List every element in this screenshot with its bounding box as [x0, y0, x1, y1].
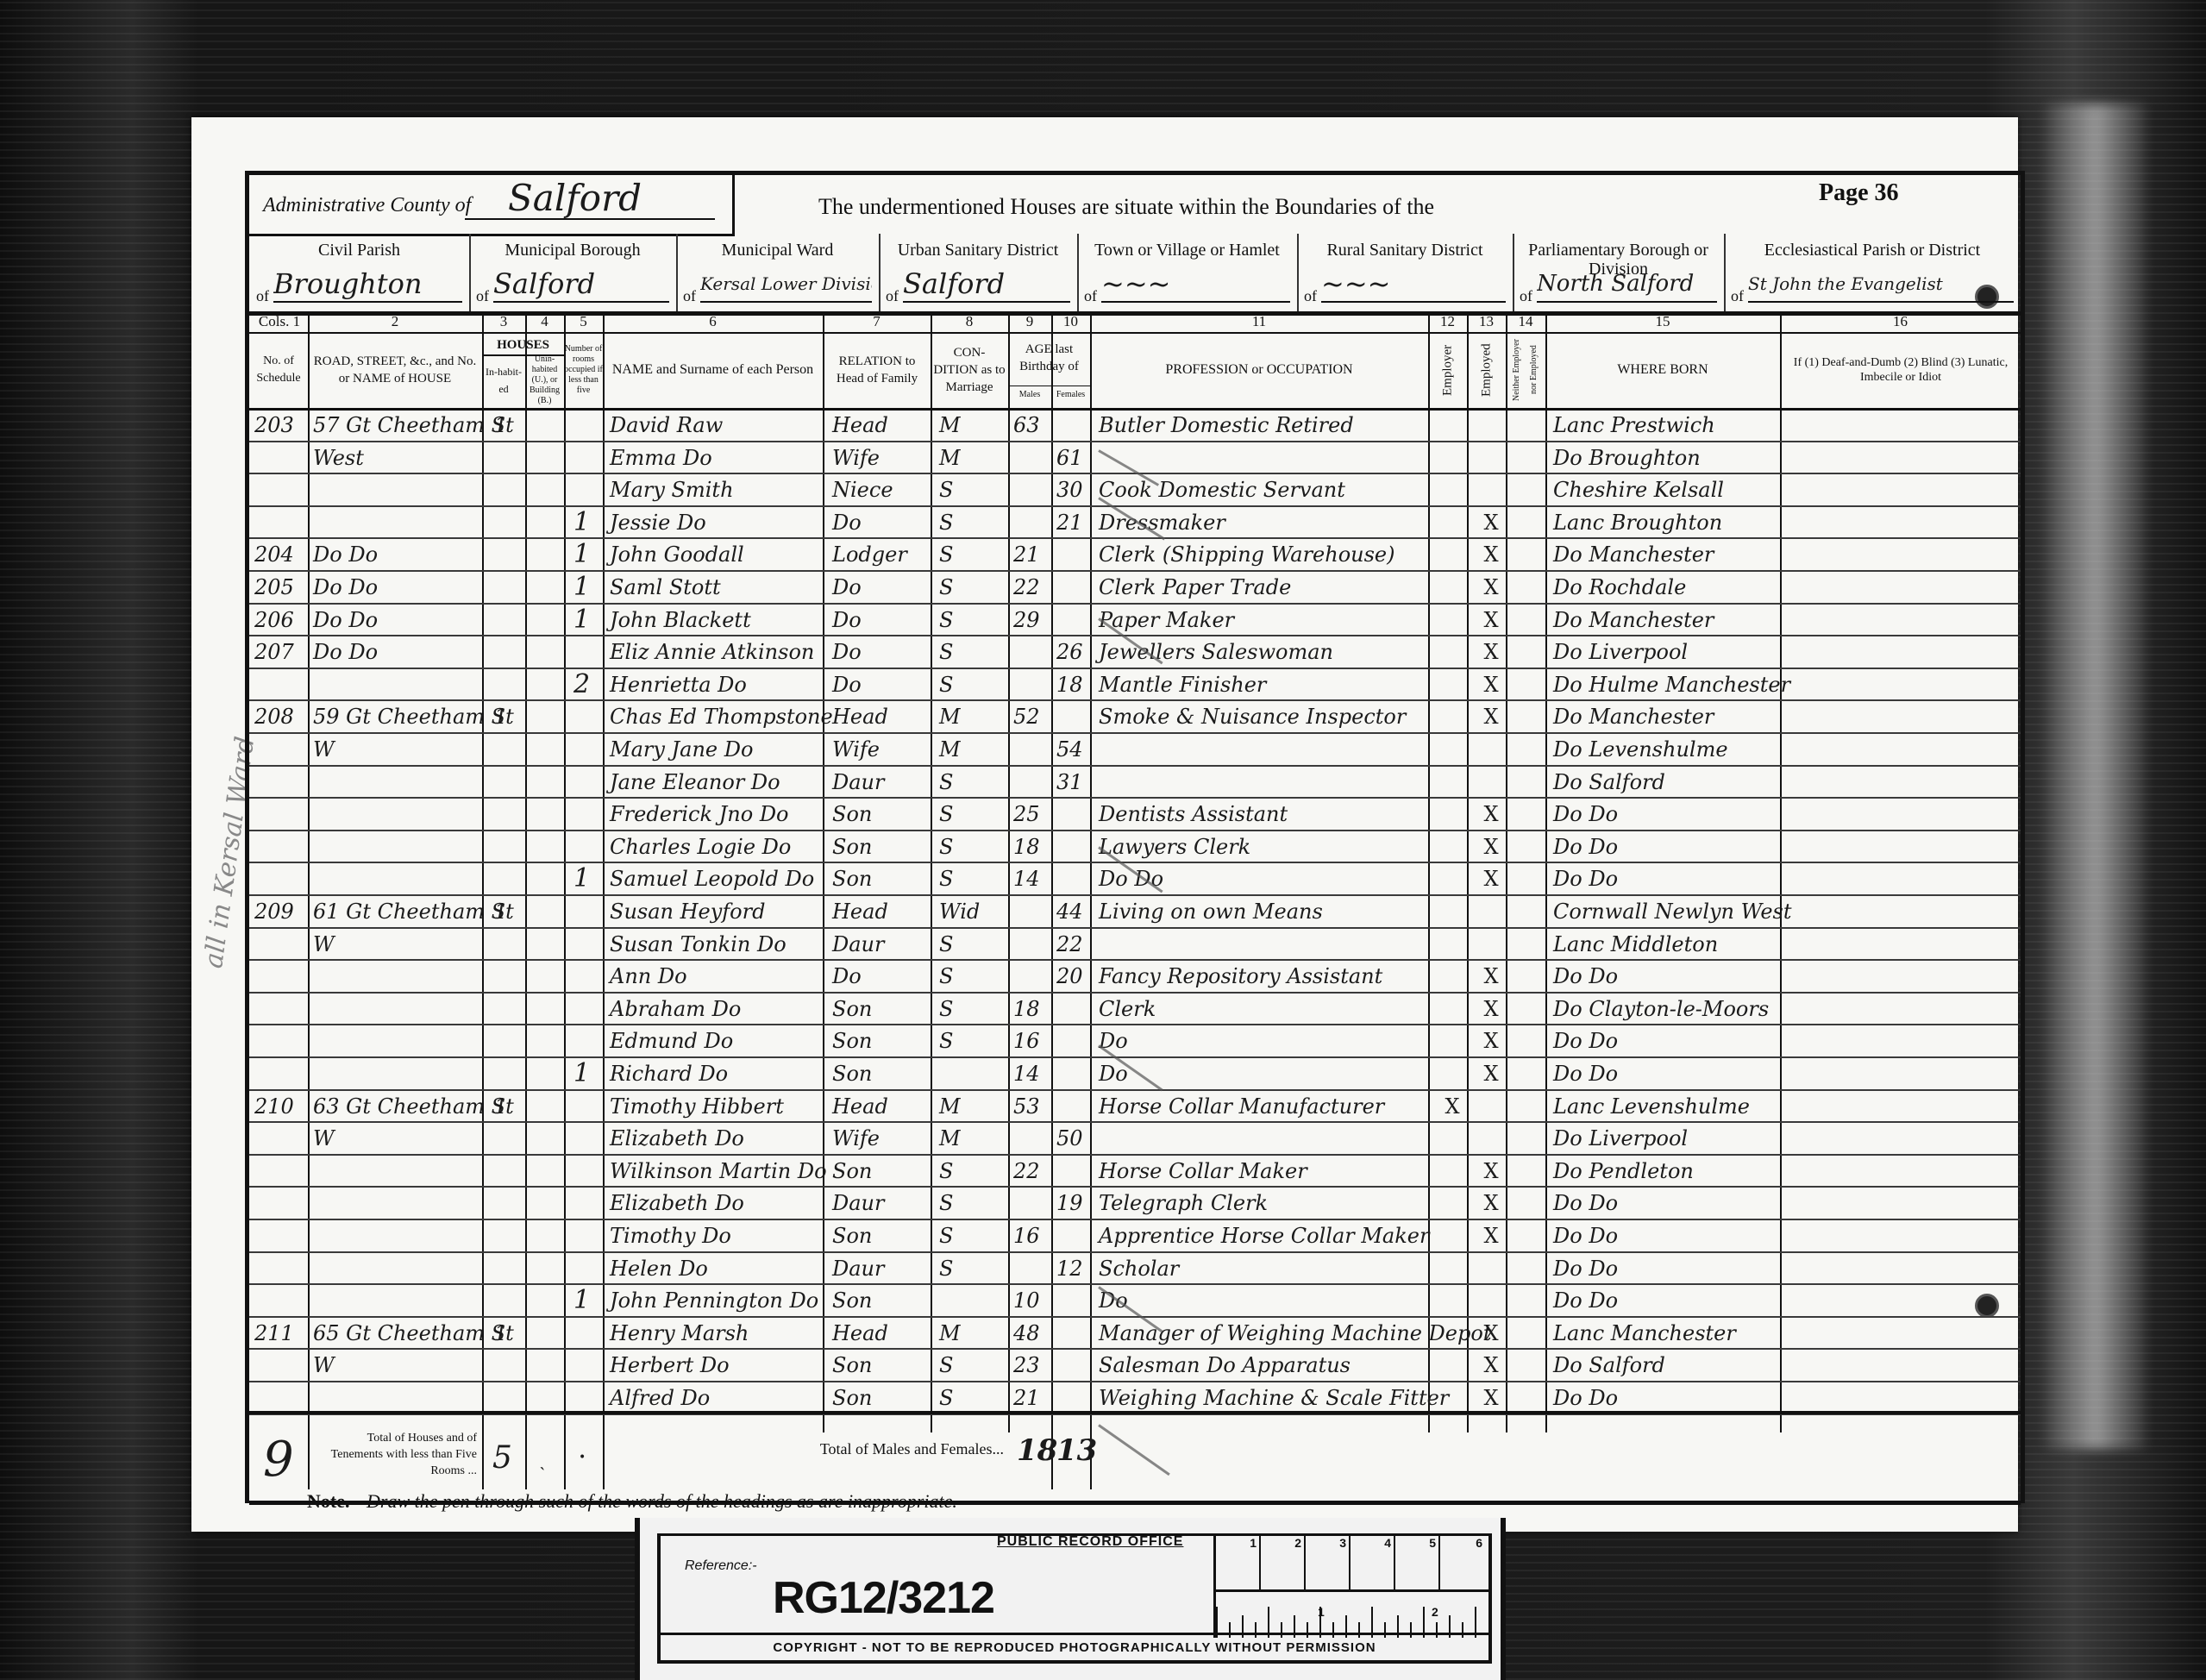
cell-name: Frederick Jno Do	[610, 797, 821, 830]
cell-employed: X	[1478, 635, 1504, 668]
cell-employer	[1439, 1283, 1465, 1316]
cell-age-male	[1013, 959, 1051, 992]
cell-age-male	[1013, 1251, 1051, 1284]
cell-schedule	[254, 992, 306, 1025]
cell-age-female	[1056, 830, 1089, 862]
area-title: Rural Sanitary District	[1297, 241, 1513, 260]
cell-relation: Son	[832, 862, 927, 894]
area-title: Municipal Ward	[676, 241, 879, 260]
cell-relation: Son	[832, 1348, 927, 1381]
cell-age-male	[1013, 441, 1051, 473]
cell-schedule	[254, 1219, 306, 1251]
cell-inhabited: 1	[494, 894, 525, 927]
cell-rooms	[573, 441, 603, 473]
cell-age-female	[1056, 699, 1089, 732]
area-ecclesiastical: Ecclesiastical Parish or District of St …	[1724, 234, 2021, 311]
cell-neither	[1517, 992, 1543, 1025]
cell-employed: X	[1478, 1024, 1504, 1056]
cell-where-born: Lanc Prestwich	[1553, 408, 1779, 441]
cell-address: Do Do	[313, 635, 480, 668]
cell-inhabited	[494, 473, 525, 505]
cell-inhabited	[494, 992, 525, 1025]
area-municipal-ward: Municipal Ward of Kersal Lower Division	[676, 234, 881, 311]
table-row: Ann DoDoS20Fancy Repository AssistantXDo…	[249, 959, 2021, 994]
cell-relation: Daur	[832, 1186, 927, 1219]
area-value: ~~~	[1101, 266, 1290, 303]
cell-schedule	[254, 797, 306, 830]
cell-employer	[1439, 797, 1465, 830]
cell-relation: Daur	[832, 1251, 927, 1284]
cell-name: Richard Do	[610, 1056, 821, 1089]
cell-inhabited	[494, 505, 525, 538]
cell-employer	[1439, 570, 1465, 603]
cell-name: Susan Heyford	[610, 894, 821, 927]
cell-condition: M	[939, 408, 1006, 441]
cell-neither	[1517, 862, 1543, 894]
area-urban-sanitary: Urban Sanitary District of Salford	[879, 234, 1079, 311]
cell-relation: Do	[832, 635, 927, 668]
cell-neither	[1517, 699, 1543, 732]
cell-address: Do Do	[313, 570, 480, 603]
area-title: Ecclesiastical Parish or District	[1724, 241, 2021, 260]
ruler-cm-scale: 1 2 3 4 5 6	[1216, 1536, 1488, 1592]
cell-condition: S	[939, 1348, 1006, 1381]
cell-rooms	[573, 797, 603, 830]
cell-age-female: 54	[1056, 732, 1089, 765]
ruler-cm-mark: 3	[1306, 1536, 1351, 1589]
cell-employer	[1439, 765, 1465, 798]
cell-where-born: Do Do	[1553, 1251, 1779, 1284]
header-condition: CON-DITION as to Marriage	[932, 335, 1006, 404]
header-infirmity: If (1) Deaf-and-Dumb (2) Blind (3) Lunat…	[1784, 335, 2017, 404]
cell-where-born: Do Do	[1553, 1186, 1779, 1219]
cell-occupation: Fancy Repository Assistant	[1099, 959, 1426, 992]
cell-condition: S	[939, 797, 1006, 830]
cell-where-born: Do Liverpool	[1553, 1121, 1779, 1154]
ruler-inch-label: 1	[1318, 1605, 1325, 1619]
cell-relation: Head	[832, 894, 927, 927]
cell-employer	[1439, 1316, 1465, 1349]
cell-name: Samuel Leopold Do	[610, 862, 821, 894]
cell-name: Elizabeth Do	[610, 1121, 821, 1154]
table-row: Timothy DoSonS16Apprentice Horse Collar …	[249, 1219, 2021, 1253]
cell-rooms	[573, 732, 603, 765]
cell-neither	[1517, 1024, 1543, 1056]
cell-where-born: Lanc Broughton	[1553, 505, 1779, 538]
cell-schedule: 210	[254, 1089, 306, 1122]
cell-address	[313, 797, 480, 830]
header-age: AGE last Birthday of	[1008, 335, 1090, 380]
cell-relation: Son	[832, 1219, 927, 1251]
reference-slip: PUBLIC RECORD OFFICE Reference:- RG12/32…	[635, 1518, 1506, 1680]
cell-schedule: 207	[254, 635, 306, 668]
cell-name: Abraham Do	[610, 992, 821, 1025]
cell-employer	[1439, 830, 1465, 862]
cell-schedule: 211	[254, 1316, 306, 1349]
column-numbers: Cols. 1 2 3 4 5 6 7 8 9 10 11 12 13 14 1…	[249, 311, 2021, 334]
cell-address: 57 Gt Cheetham St	[313, 408, 480, 441]
cell-employed: X	[1478, 797, 1504, 830]
cell-age-male: 23	[1013, 1348, 1051, 1381]
cell-where-born: Do Broughton	[1553, 441, 1779, 473]
total-uninhabited: ˎ	[539, 1449, 545, 1471]
cell-employer	[1439, 862, 1465, 894]
cell-address: Do Do	[313, 537, 480, 570]
cell-where-born: Do Do	[1553, 1056, 1779, 1089]
cell-inhabited	[494, 732, 525, 765]
cell-age-male	[1013, 765, 1051, 798]
cell-where-born: Lanc Middleton	[1553, 927, 1779, 960]
cell-occupation: Clerk (Shipping Warehouse)	[1099, 537, 1426, 570]
cell-age-female	[1056, 797, 1089, 830]
cell-rooms: 1	[573, 570, 603, 603]
cell-neither	[1517, 537, 1543, 570]
cell-neither	[1517, 505, 1543, 538]
cell-condition: S	[939, 473, 1006, 505]
area-of: of	[256, 287, 269, 305]
cell-schedule	[254, 1154, 306, 1187]
cell-employed	[1478, 1283, 1504, 1316]
cell-inhabited	[494, 570, 525, 603]
cell-condition: M	[939, 732, 1006, 765]
header-schedule: No. of Schedule	[251, 335, 306, 404]
cell-rooms: 2	[573, 668, 603, 700]
cell-employer	[1439, 408, 1465, 441]
cell-schedule	[254, 1121, 306, 1154]
cell-name: Eliz Annie Atkinson	[610, 635, 821, 668]
cell-relation: Niece	[832, 473, 927, 505]
cell-inhabited	[494, 1154, 525, 1187]
table-row: 1Richard DoSon14DoXDo Do	[249, 1056, 2021, 1091]
cell-schedule	[254, 1056, 306, 1089]
cell-age-male: 10	[1013, 1283, 1051, 1316]
cell-condition	[939, 1283, 1006, 1316]
cell-neither	[1517, 408, 1543, 441]
note-text: —Draw the pen through such of the words …	[349, 1490, 956, 1512]
cell-age-female	[1056, 1283, 1089, 1316]
table-row: 21063 Gt Cheetham St1Timothy HibbertHead…	[249, 1089, 2021, 1124]
area-value: Salford	[903, 266, 1070, 303]
cell-age-male: 14	[1013, 862, 1051, 894]
cell-condition: M	[939, 441, 1006, 473]
col-number: 10	[1051, 313, 1090, 330]
cell-employed: X	[1478, 1219, 1504, 1251]
area-town-village: Town or Village or Hamlet of ~~~	[1077, 234, 1299, 311]
cell-neither	[1517, 1056, 1543, 1089]
area-title: Civil Parish	[249, 241, 469, 260]
cell-occupation: Smoke & Nuisance Inspector	[1099, 699, 1426, 732]
col-number: 3	[482, 313, 525, 330]
cell-relation: Son	[832, 830, 927, 862]
cell-occupation: Dentists Assistant	[1099, 797, 1426, 830]
cell-age-male: 18	[1013, 992, 1051, 1025]
col-number: Cols. 1	[253, 313, 306, 330]
cell-condition: S	[939, 1251, 1006, 1284]
table-row: Mary SmithNieceS30Cook Domestic ServantC…	[249, 473, 2021, 507]
cell-age-female	[1056, 1024, 1089, 1056]
cell-relation: Do	[832, 570, 927, 603]
cell-employed: X	[1478, 603, 1504, 636]
cell-address: W	[313, 927, 480, 960]
table-row: WSusan Tonkin DoDaurS22Lanc Middleton	[249, 927, 2021, 962]
cell-condition: S	[939, 1381, 1006, 1414]
cell-condition: S	[939, 830, 1006, 862]
cell-age-male	[1013, 894, 1051, 927]
cell-schedule	[254, 927, 306, 960]
cell-occupation	[1099, 1121, 1426, 1154]
cell-rooms	[573, 1251, 603, 1284]
cell-employer	[1439, 668, 1465, 700]
area-title: Municipal Borough	[469, 241, 676, 260]
cell-name: Jessie Do	[610, 505, 821, 538]
cell-neither	[1517, 765, 1543, 798]
table-row: Alfred DoSonS21Weighing Machine & Scale …	[249, 1381, 2021, 1415]
cell-employed: X	[1478, 1381, 1504, 1414]
cell-relation: Wife	[832, 732, 927, 765]
boundaries-heading: The undermentioned Houses are situate wi…	[818, 194, 1434, 220]
cell-occupation	[1099, 441, 1426, 473]
area-value: Broughton	[273, 266, 462, 303]
cell-rooms: 1	[573, 537, 603, 570]
cell-address	[313, 862, 480, 894]
cell-address	[313, 992, 480, 1025]
cell-neither	[1517, 1283, 1543, 1316]
cell-employed	[1478, 894, 1504, 927]
cell-age-male: 14	[1013, 1056, 1051, 1089]
table-row: 21165 Gt Cheetham St1Henry MarshHeadM48M…	[249, 1316, 2021, 1351]
cell-relation: Wife	[832, 441, 927, 473]
cell-age-female	[1056, 537, 1089, 570]
cell-schedule	[254, 732, 306, 765]
cell-condition: M	[939, 1316, 1006, 1349]
cell-occupation: Do Do	[1099, 862, 1426, 894]
cell-employer	[1439, 603, 1465, 636]
header-males: Males	[1008, 386, 1051, 404]
ruler-cm-mark: 1	[1216, 1536, 1261, 1589]
cell-inhabited: 1	[494, 1316, 525, 1349]
cell-schedule: 205	[254, 570, 306, 603]
cell-condition: M	[939, 1121, 1006, 1154]
table-row: WElizabeth DoWifeM50Do Liverpool	[249, 1121, 2021, 1156]
cell-employed: X	[1478, 992, 1504, 1025]
cell-schedule	[254, 959, 306, 992]
cell-age-male	[1013, 505, 1051, 538]
area-of: of	[476, 287, 489, 305]
cell-occupation: Horse Collar Maker	[1099, 1154, 1426, 1187]
cell-neither	[1517, 668, 1543, 700]
cell-inhabited	[494, 668, 525, 700]
cell-neither	[1517, 570, 1543, 603]
cell-schedule: 206	[254, 603, 306, 636]
cell-occupation: Dressmaker	[1099, 505, 1426, 538]
cell-age-male: 53	[1013, 1089, 1051, 1122]
col-number: 7	[823, 313, 931, 330]
cell-where-born: Lanc Manchester	[1553, 1316, 1779, 1349]
cell-neither	[1517, 1219, 1543, 1251]
table-row: Helen DoDaurS12ScholarDo Do	[249, 1251, 2021, 1286]
cell-employed: X	[1478, 505, 1504, 538]
cell-age-female	[1056, 992, 1089, 1025]
cell-address: 61 Gt Cheetham St	[313, 894, 480, 927]
cell-relation: Lodger	[832, 537, 927, 570]
table-row: Wilkinson Martin DoSonS22Horse Collar Ma…	[249, 1154, 2021, 1188]
cell-rooms	[573, 894, 603, 927]
cell-employed: X	[1478, 1186, 1504, 1219]
total-inhabited: 5	[492, 1440, 512, 1476]
cell-relation: Head	[832, 408, 927, 441]
cell-occupation: Do	[1099, 1056, 1426, 1089]
cell-condition: S	[939, 668, 1006, 700]
table-row: 20859 Gt Cheetham St1Chas Ed ThompstoneH…	[249, 699, 2021, 734]
cell-neither	[1517, 1381, 1543, 1414]
cell-where-born: Do Manchester	[1553, 537, 1779, 570]
cell-employer	[1439, 1186, 1465, 1219]
cell-inhabited: 1	[494, 1089, 525, 1122]
cell-rooms	[573, 1316, 603, 1349]
cell-address	[313, 1219, 480, 1251]
cell-where-born: Do Liverpool	[1553, 635, 1779, 668]
cell-employer	[1439, 1154, 1465, 1187]
col-number: 5	[564, 313, 603, 330]
col-number: 6	[603, 313, 823, 330]
col-number: 9	[1008, 313, 1051, 330]
cell-age-female	[1056, 1219, 1089, 1251]
cell-age-female	[1056, 1056, 1089, 1089]
cell-address	[313, 765, 480, 798]
header-inhabited: In-habit-ed	[482, 356, 525, 404]
cell-address: W	[313, 1348, 480, 1381]
area-of: of	[886, 287, 899, 305]
cell-condition: S	[939, 959, 1006, 992]
cell-employer	[1439, 1056, 1465, 1089]
census-form: Administrative County of Salford The und…	[245, 171, 2025, 1503]
col-number: 15	[1545, 313, 1780, 330]
area-value: Kersal Lower Division	[700, 266, 872, 303]
cell-address	[313, 1381, 480, 1414]
cell-age-male: 25	[1013, 797, 1051, 830]
cell-rooms	[573, 765, 603, 798]
col-number: 4	[525, 313, 564, 330]
cell-rooms	[573, 1381, 603, 1414]
cell-rooms	[573, 473, 603, 505]
scan-glare	[2044, 103, 2147, 1449]
cell-where-born: Do Manchester	[1553, 603, 1779, 636]
cell-condition: S	[939, 862, 1006, 894]
cell-inhabited	[494, 765, 525, 798]
table-row: Edmund DoSonS16DoXDo Do	[249, 1024, 2021, 1058]
cell-address	[313, 473, 480, 505]
cell-occupation: Horse Collar Manufacturer	[1099, 1089, 1426, 1122]
cell-employer	[1439, 505, 1465, 538]
cell-name: Henrietta Do	[610, 668, 821, 700]
cell-neither	[1517, 1348, 1543, 1381]
area-civil-parish: Civil Parish of Broughton	[249, 234, 471, 311]
ruler-cm-mark: 5	[1395, 1536, 1440, 1589]
area-title: Urban Sanitary District	[879, 241, 1077, 260]
cell-occupation: Paper Maker	[1099, 603, 1426, 636]
cell-schedule	[254, 473, 306, 505]
cell-age-female	[1056, 570, 1089, 603]
cell-occupation: Mantle Finisher	[1099, 668, 1426, 700]
cell-address	[313, 505, 480, 538]
cell-age-male: 16	[1013, 1024, 1051, 1056]
cell-inhabited	[494, 1056, 525, 1089]
cell-name: Edmund Do	[610, 1024, 821, 1056]
cell-rooms	[573, 1089, 603, 1122]
cell-employer	[1439, 992, 1465, 1025]
cell-schedule	[254, 862, 306, 894]
cell-address: 63 Gt Cheetham St	[313, 1089, 480, 1122]
header-neither: Neither Employer nor Employed	[1506, 335, 1545, 404]
cell-age-female	[1056, 862, 1089, 894]
reference-label: Reference:-	[685, 1558, 757, 1574]
cell-employer: X	[1439, 1089, 1465, 1122]
cell-where-born: Lanc Levenshulme	[1553, 1089, 1779, 1122]
cell-name: Saml Stott	[610, 570, 821, 603]
area-of: of	[1520, 287, 1532, 305]
cell-age-female	[1056, 1316, 1089, 1349]
col-number: 2	[308, 313, 482, 330]
total-persons-label: Total of Males and Females...	[784, 1440, 1004, 1458]
cell-schedule	[254, 1381, 306, 1414]
cell-where-born: Do Pendleton	[1553, 1154, 1779, 1187]
cell-address	[313, 1154, 480, 1187]
cell-condition: S	[939, 1024, 1006, 1056]
cell-rooms: 1	[573, 505, 603, 538]
cell-age-female: 26	[1056, 635, 1089, 668]
cell-where-born: Do Salford	[1553, 765, 1779, 798]
cell-employed: X	[1478, 699, 1504, 732]
cell-age-female: 18	[1056, 668, 1089, 700]
cell-employed: X	[1478, 570, 1504, 603]
cell-name: David Raw	[610, 408, 821, 441]
cell-name: Timothy Hibbert	[610, 1089, 821, 1122]
cell-age-male	[1013, 635, 1051, 668]
area-value: Salford	[493, 266, 669, 303]
cell-occupation: Scholar	[1099, 1251, 1426, 1284]
cell-schedule: 209	[254, 894, 306, 927]
cell-condition: S	[939, 603, 1006, 636]
table-row: 204Do Do1John GoodallLodgerS21Clerk (Shi…	[249, 537, 2021, 572]
cell-neither	[1517, 441, 1543, 473]
page-number: Page 36	[1819, 179, 1899, 207]
cell-address	[313, 1056, 480, 1089]
cell-schedule	[254, 1348, 306, 1381]
cell-employed	[1478, 1089, 1504, 1122]
cell-condition: Wid	[939, 894, 1006, 927]
cell-age-female: 31	[1056, 765, 1089, 798]
cell-age-female	[1056, 603, 1089, 636]
cell-condition: S	[939, 1154, 1006, 1187]
cell-neither	[1517, 635, 1543, 668]
col-number: 12	[1428, 313, 1467, 330]
cell-rooms	[573, 1219, 603, 1251]
cell-inhabited	[494, 1381, 525, 1414]
area-of: of	[1304, 287, 1317, 305]
total-females: 13	[1056, 1433, 1097, 1468]
cell-age-female	[1056, 1089, 1089, 1122]
cell-address: W	[313, 1121, 480, 1154]
cell-address	[313, 1024, 480, 1056]
area-municipal-borough: Municipal Borough of Salford	[469, 234, 678, 311]
cell-occupation	[1099, 927, 1426, 960]
cell-inhabited	[494, 603, 525, 636]
table-row: 2Henrietta DoDoS18Mantle FinisherXDo Hul…	[249, 668, 2021, 702]
cell-age-male: 18	[1013, 830, 1051, 862]
cell-where-born: Do Do	[1553, 959, 1779, 992]
cell-rooms: 1	[573, 603, 603, 636]
cell-neither	[1517, 1154, 1543, 1187]
